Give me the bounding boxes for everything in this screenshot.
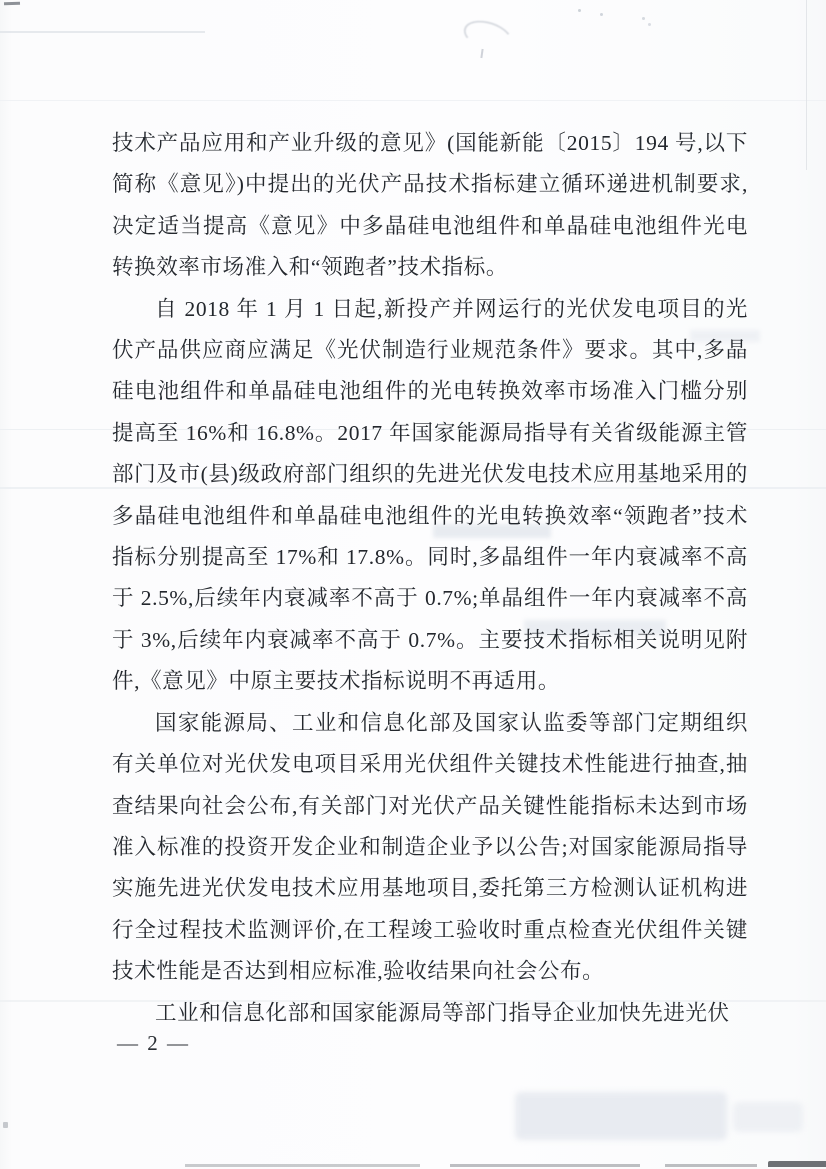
paragraph: 自 2018 年 1 月 1 日起,新投产并网运行的光伏发电项目的光伏产品供应商… [112, 289, 748, 703]
scan-bottom-edge [665, 1164, 757, 1167]
scan-streak [0, 31, 205, 33]
scan-bottom-edge [768, 1161, 826, 1167]
scan-bottom-edge [185, 1164, 420, 1167]
scan-smudge-tick [480, 49, 483, 58]
scan-edge-line [806, 0, 807, 170]
bleed-through-ghost [515, 1092, 727, 1140]
paragraph: 技术产品应用和产业升级的意见》(国能新能〔2015〕194 号,以下简称《意见》… [112, 123, 748, 289]
scan-smudge-curl [460, 15, 516, 57]
paragraph: 工业和信息化部和国家能源局等部门指导企业加快先进光伏 [112, 993, 748, 1034]
scan-corner-mark [4, 2, 20, 6]
body-text: 技术产品应用和产业升级的意见》(国能新能〔2015〕194 号,以下简称《意见》… [112, 123, 748, 1034]
scan-streak [0, 100, 826, 101]
page-number: — 2 — [117, 1031, 190, 1056]
scan-bottom-edge [450, 1164, 640, 1167]
bleed-through-ghost [733, 1102, 803, 1132]
scan-dots [578, 9, 581, 12]
scanned-page: 技术产品应用和产业升级的意见》(国能新能〔2015〕194 号,以下简称《意见》… [0, 0, 826, 1169]
paragraph: 国家能源局、工业和信息化部及国家认监委等部门定期组织有关单位对光伏发电项目采用光… [112, 703, 748, 993]
scan-speck [3, 1122, 8, 1128]
